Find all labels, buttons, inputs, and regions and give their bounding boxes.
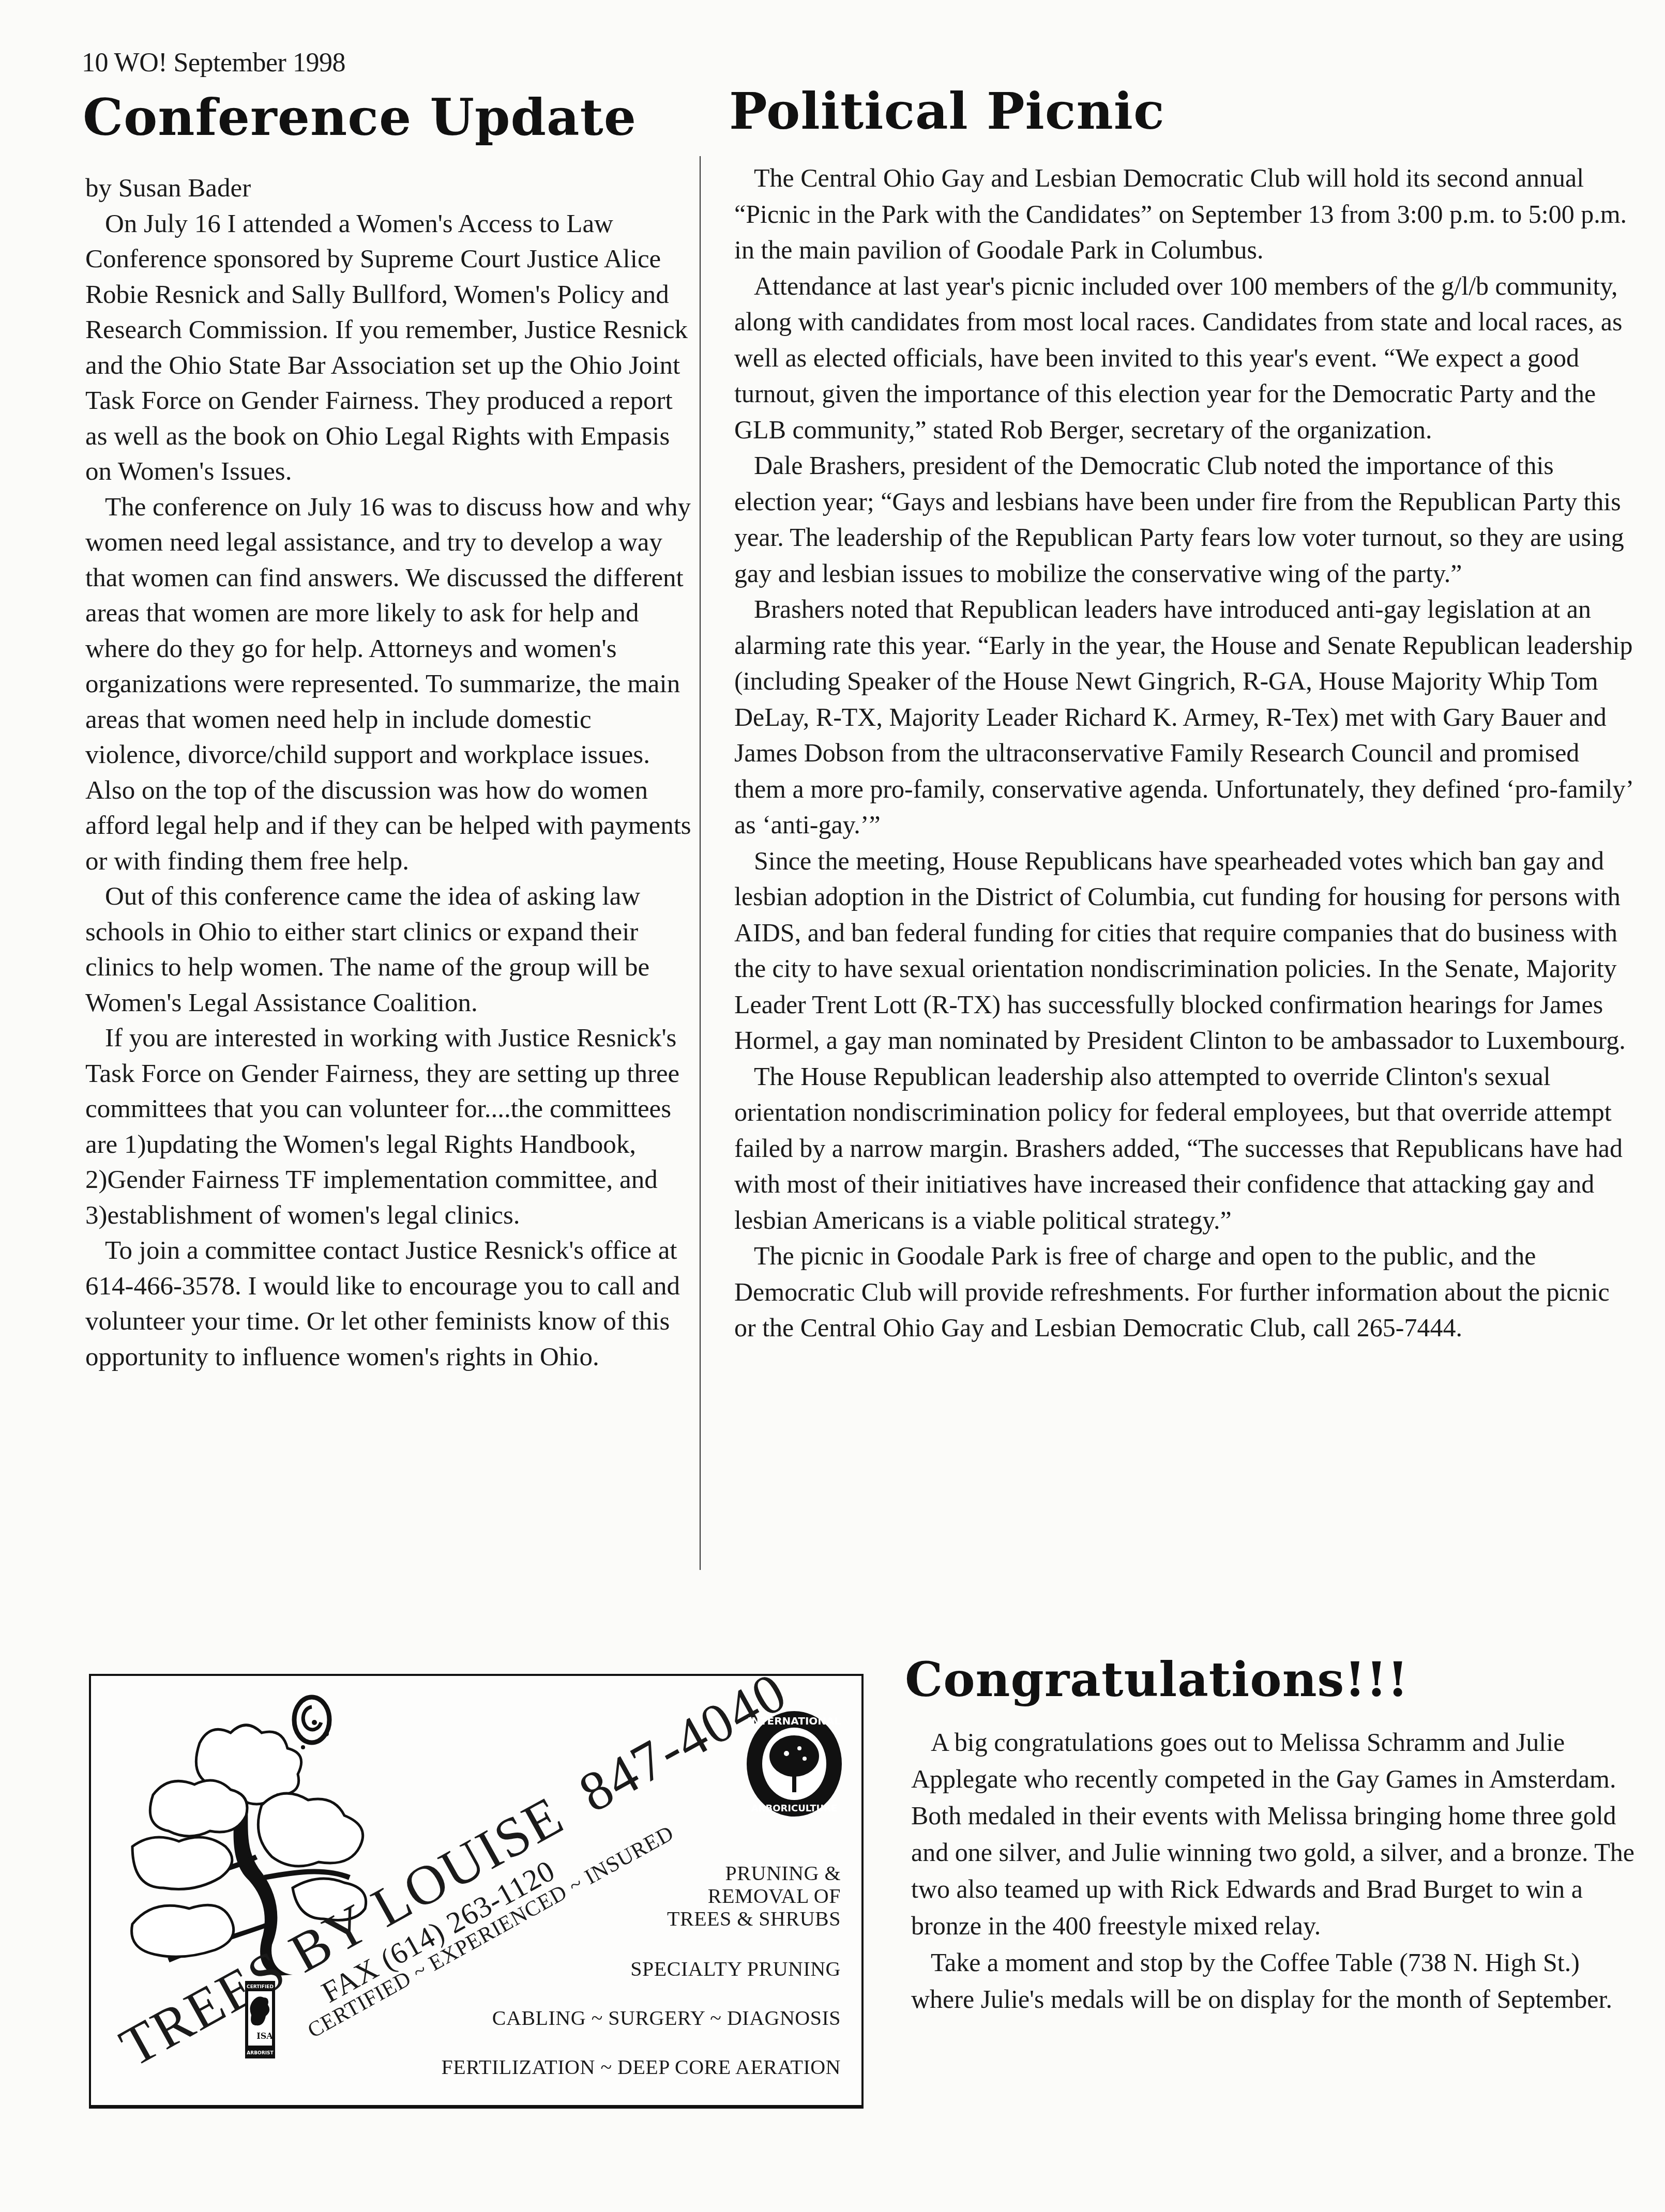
article-title-conference-update: Conference Update xyxy=(83,88,637,147)
paragraph: If you are interested in working with Ju… xyxy=(85,1020,693,1233)
paragraph: Take a moment and stop by the Coffee Tab… xyxy=(911,1944,1635,2018)
column-divider xyxy=(700,156,701,1570)
article-body-congratulations: A big congratulations goes out to Meliss… xyxy=(911,1724,1635,2018)
service-pruning-removal: PRUNING & REMOVAL OF TREES & SHRUBS xyxy=(665,1862,841,1930)
paragraph: Brashers noted that Republican leaders h… xyxy=(734,591,1634,843)
article-title-congratulations: Congratulations!!! xyxy=(905,1652,1409,1707)
article-title-political-picnic: Political Picnic xyxy=(729,82,1165,141)
paragraph: The picnic in Goodale Park is free of ch… xyxy=(734,1238,1634,1346)
page-header: 10 WO! September 1998 xyxy=(82,48,345,78)
paragraph: Attendance at last year's picnic include… xyxy=(734,268,1634,448)
byline: by Susan Bader xyxy=(85,171,693,206)
service-cabling-surgery: CABLING ~ SURGERY ~ DIAGNOSIS xyxy=(492,2007,841,2030)
svg-text:INTERNATIONAL: INTERNATIONAL xyxy=(748,1715,841,1727)
article-body-conference-update: by Susan Bader On July 16 I attended a W… xyxy=(85,171,693,1375)
moon-swirl-icon xyxy=(290,1694,334,1746)
advertisement-trees-by-louise: TREES BY LOUISE 847-4040 FAX (614) 263-1… xyxy=(89,1674,864,2109)
paragraph: The House Republican leadership also att… xyxy=(734,1059,1634,1239)
paragraph: A big congratulations goes out to Meliss… xyxy=(911,1724,1635,1944)
paragraph: To join a committee contact Justice Resn… xyxy=(85,1233,693,1375)
paragraph: On July 16 I attended a Women's Access t… xyxy=(85,206,693,490)
article-body-political-picnic: The Central Ohio Gay and Lesbian Democra… xyxy=(734,160,1634,1346)
isa-certified-arborist-badge-icon: CERTIFIED ISA ARBORIST xyxy=(245,1981,275,2058)
service-fertilization: FERTILIZATION ~ DEEP CORE AERATION xyxy=(442,2056,841,2079)
paragraph: Dale Brashers, president of the Democrat… xyxy=(734,448,1634,591)
svg-text:ARBORIST: ARBORIST xyxy=(247,2051,274,2056)
paragraph: Out of this conference came the idea of … xyxy=(85,879,693,1020)
paragraph: Since the meeting, House Republicans hav… xyxy=(734,843,1634,1059)
service-consultations: CONSULTATIONS ~ MAINTENANCE PLANNING xyxy=(382,2102,841,2109)
service-specialty-pruning: SPECIALTY PRUNING xyxy=(630,1958,841,1980)
paragraph: The Central Ohio Gay and Lesbian Democra… xyxy=(734,160,1634,268)
svg-text:ISA: ISA xyxy=(256,2031,273,2041)
paragraph: The conference on July 16 was to discuss… xyxy=(85,490,693,879)
svg-text:ARBORICULTURE: ARBORICULTURE xyxy=(751,1803,838,1814)
isa-circle-logo-icon: INTERNATIONAL ARBORICULTURE xyxy=(743,1707,846,1821)
svg-text:CERTIFIED: CERTIFIED xyxy=(247,1985,274,1990)
